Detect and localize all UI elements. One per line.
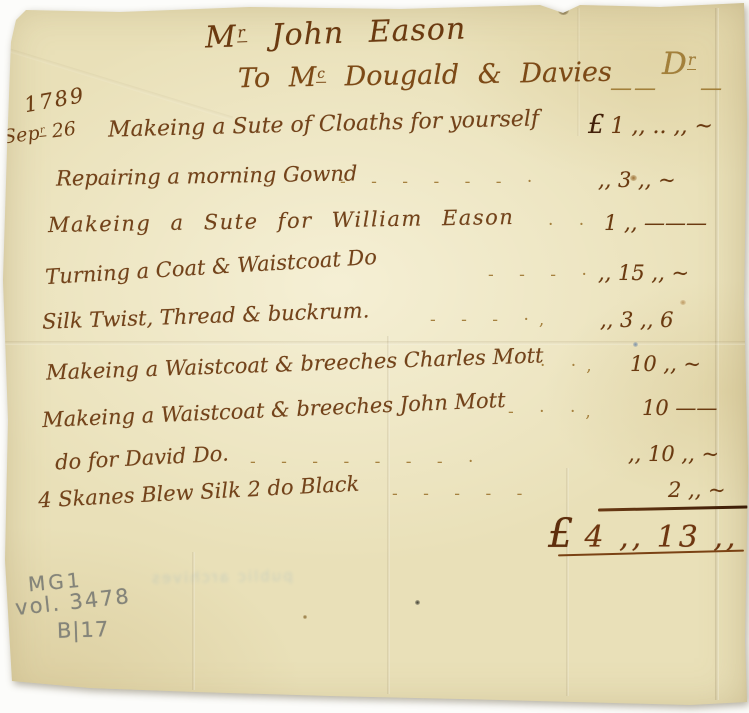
entry-description: Repairing a morning Gownd: [56, 161, 358, 190]
entry-description: Makeing a Waistcoat & breeches John Mott: [42, 388, 506, 432]
ledger-row: Silk Twist, Thread & buckrum. - - - ·, ,…: [0, 304, 749, 338]
entry-amount: ,, 10 ,, ~: [628, 442, 719, 466]
entry-description: Makeing a Sute of Cloaths for yourself: [108, 106, 540, 142]
ledger-row: do for David Do. - - - - - - - · ,, 10 ,…: [0, 446, 749, 480]
ledger-row: Makeing a Waistcoat & breeches Charles M…: [0, 352, 749, 386]
superscript: c: [316, 66, 326, 83]
billed-by-line: To Mc Dougald & Davies: [238, 57, 612, 95]
foxing-spot: [415, 600, 420, 605]
entry-dashes: - - - - -: [392, 484, 532, 504]
entry-amount: 10 ——: [642, 396, 717, 420]
entry-amount: 2 ,, ~: [668, 478, 726, 502]
superscript: r: [687, 51, 696, 70]
dash-rule: —: [700, 76, 722, 101]
entry-description: Makeing a Sute for William Eason: [48, 205, 515, 237]
entry-description: Silk Twist, Thread & buckrum.: [42, 298, 370, 333]
entry-amount: 10 ,, ~: [630, 352, 701, 376]
entry-amount: £1 ,, .. ,, ~: [588, 110, 713, 140]
foxing-spot: [558, 6, 569, 15]
entry-dashes: - · ·,: [508, 402, 601, 422]
ledger-row: Repairing a morning Gownd - - - - - - · …: [0, 164, 749, 198]
entry-amount: ,, 3 ,, 6: [600, 308, 673, 332]
dash-rule: ——: [610, 76, 658, 101]
addressee-title: Mr John Eason: [204, 11, 466, 55]
scan-background: Mr John Eason To Mc Dougald & Davies —— …: [0, 0, 749, 713]
entry-amount: ,, 15 ,, ~: [598, 261, 689, 285]
ledger-row: Sepr 26 Makeing a Sute of Cloaths for yo…: [0, 112, 749, 146]
pound-sign: £: [548, 511, 576, 557]
receipt-paper: Mr John Eason To Mc Dougald & Davies —— …: [0, 0, 749, 713]
foxing-spot: [303, 615, 307, 619]
entry-description: do for David Do.: [54, 441, 229, 474]
entry-amount: 1 ,, ———: [604, 211, 707, 235]
entry-dashes: - - - - - - ·: [340, 172, 542, 192]
entry-date: Sepr 26: [2, 118, 77, 149]
ledger-row: Makeing a Waistcoat & breeches John Mott…: [0, 398, 749, 432]
ledger-row: Makeing a Sute for William Eason · · 1 ,…: [0, 209, 749, 243]
archival-ref-item: B|17: [57, 617, 110, 643]
entry-dashes: - - - - - - - ·: [250, 452, 483, 472]
debtor-abbreviation: Dr: [662, 46, 696, 82]
entry-description: Turning a Coat & Waistcoat Do: [45, 245, 378, 289]
fold-crease: [387, 336, 390, 694]
entry-description: Makeing a Waistcoat & breeches Charles M…: [46, 343, 544, 384]
foxing-spot: [633, 342, 638, 347]
entry-amount: ,, 3 ,, ~: [598, 168, 676, 192]
superscript: r: [236, 23, 247, 42]
paper-shadow: Mr John Eason To Mc Dougald & Davies —— …: [0, 0, 749, 713]
ledger-row: Turning a Coat & Waistcoat Do - - - · ,,…: [0, 255, 749, 289]
show-through-stamp: public archives: [150, 567, 293, 587]
entry-dashes: · ·,: [540, 356, 602, 376]
pound-sign: £: [588, 110, 605, 140]
entry-dashes: - - - ·,: [430, 310, 554, 330]
entry-dashes: · ·: [548, 215, 594, 235]
entry-dashes: - - - ·: [488, 265, 597, 285]
